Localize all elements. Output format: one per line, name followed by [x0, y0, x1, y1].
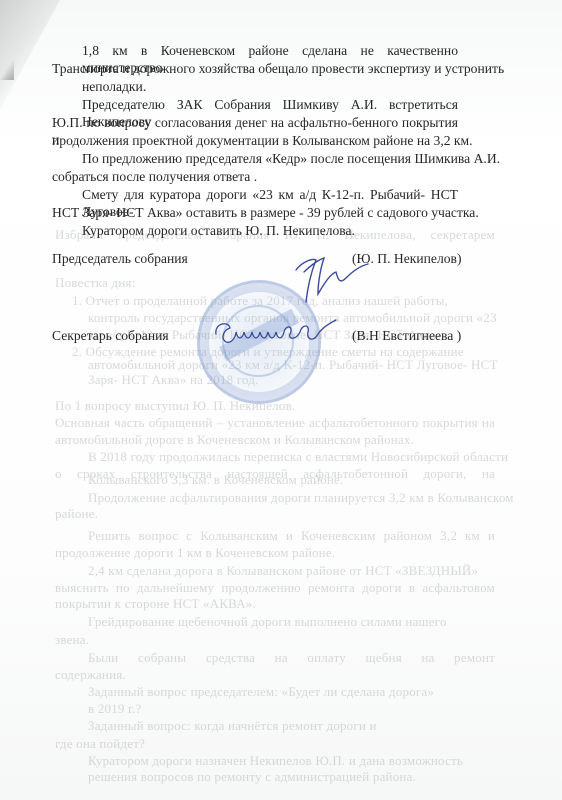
bleed-line: содержания.	[55, 667, 126, 683]
paragraph-line: продолжения проектной документации в Кол…	[52, 132, 473, 149]
scanned-page: Избрали председателем собрания Ю. П. Нек…	[0, 0, 562, 800]
paragraph-line: собраться после получения ответа .	[52, 168, 257, 185]
bleed-line: В 2018 году продолжилась переписка с вла…	[88, 449, 508, 465]
paragraph-line: По предложению председателя «Кедр» после…	[82, 150, 500, 167]
bleed-line: где она пойдет?	[55, 736, 145, 752]
chairman-signature	[290, 250, 370, 310]
paragraph-line: Транспорта и дорожного хозяйства обещало…	[52, 60, 504, 77]
bleed-line: покрытии к стороне НСТ «АКВА».	[55, 596, 256, 612]
bleed-line: районе.	[55, 506, 98, 522]
folded-corner	[0, 0, 60, 110]
chairman-role: Председатель собрания	[52, 250, 188, 267]
bleed-line: Куратором дороги назначен Некипелов Ю.П.…	[88, 753, 463, 769]
secretary-role: Секретарь собрания	[52, 327, 169, 344]
bleed-line: выяснить по дальнейшему продолжению ремо…	[55, 580, 495, 596]
bleed-line: Грейдирование щебеночной дороги выполнен…	[88, 614, 447, 630]
bleed-line: автомобильной дороге в Коченевском и Кол…	[55, 432, 414, 448]
bleed-line: продолжение дороги 1 км в Коченевском ра…	[55, 545, 335, 561]
secretary-signature	[210, 310, 340, 350]
paragraph-line: неполадки.	[82, 78, 146, 95]
bleed-line: Решить вопрос с Колыванским и Коченевски…	[88, 528, 495, 544]
bleed-line: Были собраны средства на оплату щебня на…	[88, 650, 495, 666]
secretary-name: (В.Н Евстигнеева )	[352, 327, 461, 344]
bleed-line: решения вопросов по ремонту с администра…	[88, 769, 416, 785]
bleed-line: Повестка дня:	[55, 275, 135, 291]
bleed-line: звена.	[55, 632, 89, 648]
bleed-line: Заданный вопрос: когда начнётся ремонт д…	[88, 718, 377, 734]
paragraph-line: Куратором дороги оставить Ю. П. Некипело…	[82, 222, 355, 239]
bleed-line: в 2019 г.?	[88, 701, 142, 717]
bleed-line: 2,4 км сделана дорога в Колыванском райо…	[88, 563, 478, 579]
bleed-line: Заданный вопрос председателем: «Будет ли…	[88, 684, 434, 700]
bleed-line: Продолжение асфальтирования дороги плани…	[88, 490, 514, 506]
bleed-line: Колыванского 3,3 км. в Коченевском район…	[88, 472, 343, 488]
bleed-line: Основная часть обращений – установление …	[55, 415, 495, 431]
paragraph-line: НСТ Заря- НСТ Аква» оставить в размере -…	[52, 204, 479, 221]
